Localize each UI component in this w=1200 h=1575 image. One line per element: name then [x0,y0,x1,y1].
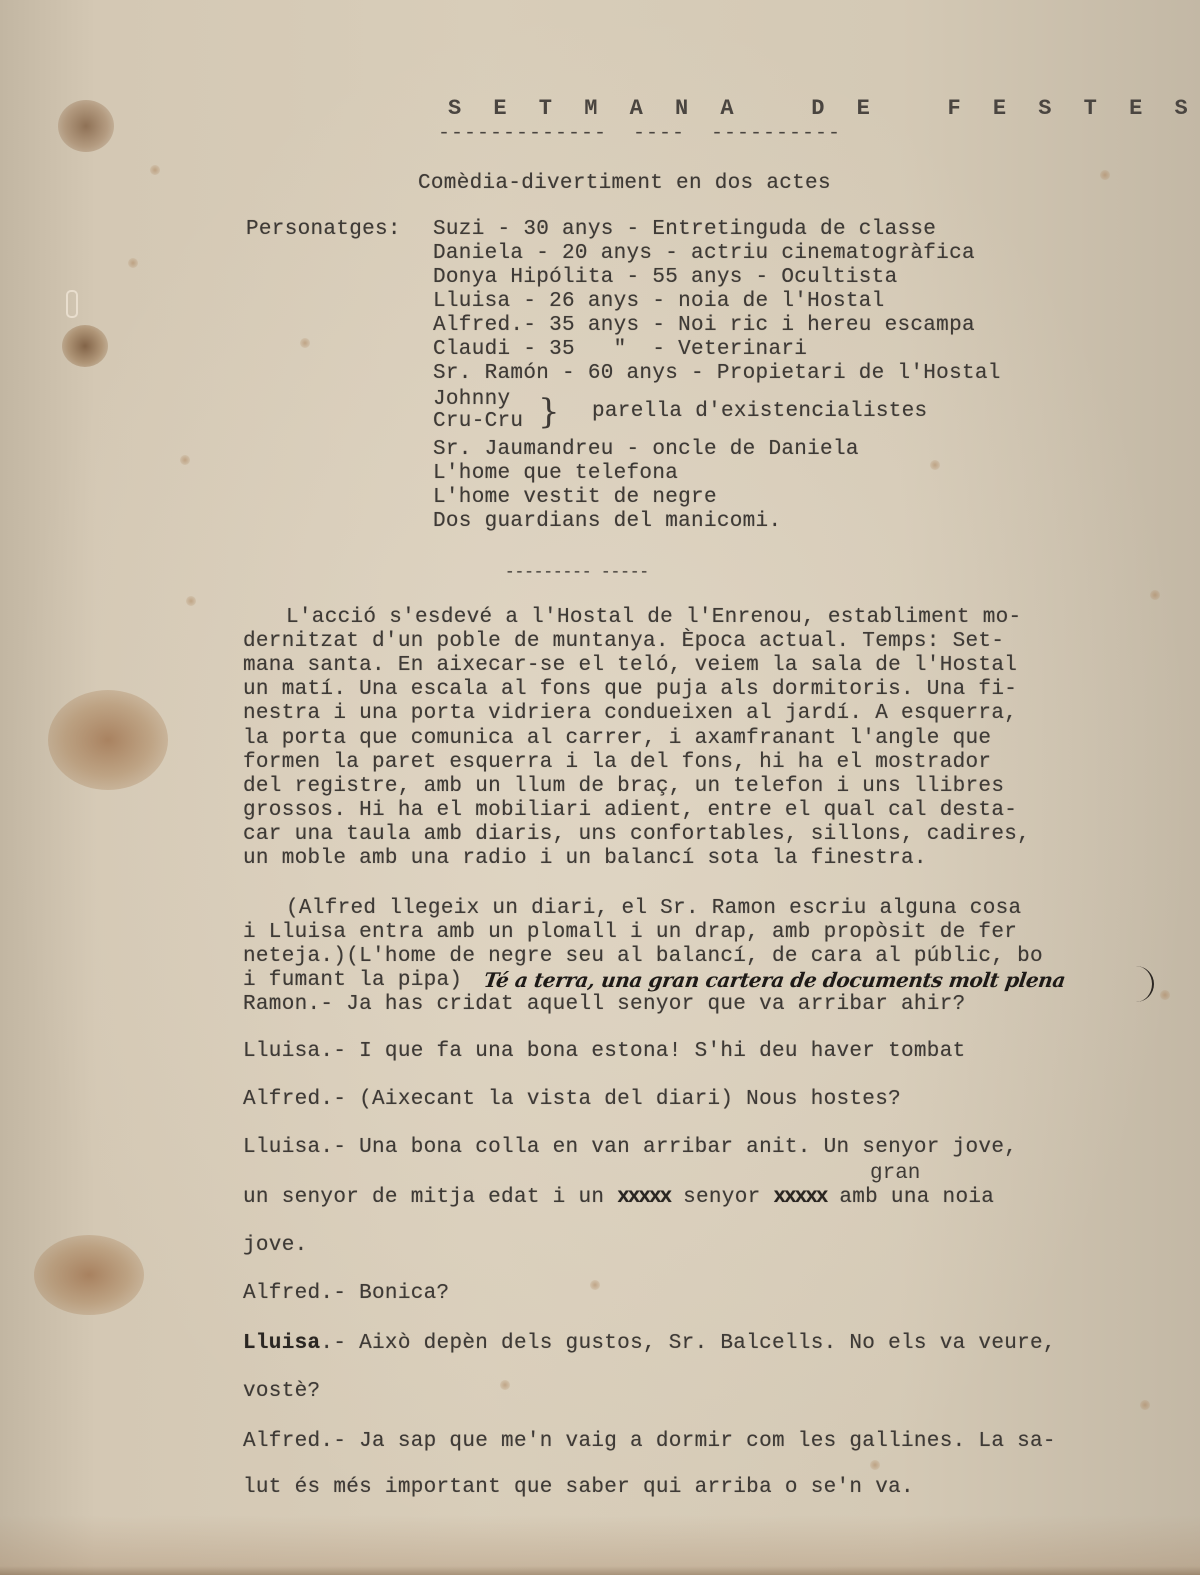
dialogue-line: Alfred.- Ja sap que me'n vaig a dormir c… [243,1430,1056,1454]
foxing-spot [1160,990,1170,1000]
foxing-spot [500,1380,510,1390]
handwritten-annotation: Té a terra, una gran cartera de document… [482,968,1066,992]
stage-direction-line: del registre, amb un llum de braç, un te… [243,775,1004,799]
stain-lower-left [34,1235,144,1315]
cast-item: Claudi - 35 " - Veterinari [433,338,807,362]
cast-item: Daniela - 20 anys - actriu cinematogràfi… [433,242,975,266]
typewritten-page: S E T M A N A D E F E S T E S ----------… [0,0,1200,1575]
stain-mid-left [48,690,168,790]
play-title: S E T M A N A D E F E S T E S [448,96,1197,121]
dialogue-line: jove. [243,1234,308,1258]
stain-top-left [58,100,114,152]
foxing-spot [930,460,940,470]
section-separator: --------- ----- [505,560,649,584]
cast-item: Donya Hipólita - 55 anys - Ocultista [433,266,897,290]
title-underline: ------------- ---- ---------- [438,122,841,145]
dialogue-line: vostè? [243,1380,320,1404]
stage-direction-line: mana santa. En aixecar-se el teló, veiem… [243,654,1017,678]
cast-item: Dos guardians del manicomi. [433,510,781,534]
stage-direction-line: nestra i una porta vidriera condueixen a… [243,702,1017,726]
dialogue-text: .- Això depèn dels gustos, Sr. Balcells.… [320,1332,1055,1355]
cast-item: Suzi - 30 anys - Entretinguda de classe [433,218,936,242]
foxing-spot [1100,170,1110,180]
struck-out-word: xxxxx [617,1186,670,1209]
cast-item: Sr. Ramón - 60 anys - Propietari de l'Ho… [433,362,1001,386]
foxing-spot [1150,590,1160,600]
foxing-spot [186,596,196,606]
action-note-line: i Lluisa entra amb un plomall i un drap,… [243,921,1017,945]
handwritten-paren [1090,966,1154,1002]
stage-direction-line: formen la paret esquerra i la del fons, … [243,751,991,775]
pair-brace: } [538,392,560,432]
dialogue-line: Alfred.- (Aixecant la vista del diari) N… [243,1088,901,1112]
dialogue-line: Alfred.- Bonica? [243,1282,449,1306]
action-note-line: (Alfred llegeix un diari, el Sr. Ramon e… [286,897,1021,921]
stage-direction-line: un matí. Una escala al fons que puja als… [243,678,1017,702]
stain-rust-clip [62,325,108,367]
struck-out-word: xxxxx [773,1186,826,1209]
cast-item: Alfred.- 35 anys - Noi ric i hereu escam… [433,314,975,338]
foxing-spot [590,1280,600,1290]
cast-item: Lluisa - 26 anys - noia de l'Hostal [433,290,885,314]
dialogue-line: Lluisa.- Això depèn dels gustos, Sr. Bal… [243,1332,1056,1356]
cast-item: Sr. Jaumandreu - oncle de Daniela [433,438,859,462]
dialogue-line: Lluisa.- Una bona colla en van arribar a… [243,1136,1017,1160]
dialogue-text: senyor [670,1186,773,1209]
speaker-overtyped: Lluisa [243,1332,320,1355]
typed-insertion: gran [870,1162,920,1185]
dialogue-line: Lluisa.- I que fa una bona estona! S'hi … [243,1040,966,1064]
cast-item: L'home vestit de negre [433,486,717,510]
dialogue-line: un senyor de mitja edat i un xxxxx senyo… [243,1186,994,1210]
cast-item: Cru-Cru [433,410,523,434]
dialogue-line: Ramon.- Ja has cridat aquell senyor que … [243,993,966,1017]
foxing-spot [870,1460,880,1470]
dialogue-line: lut és més important que saber qui arrib… [243,1476,914,1500]
stage-direction-line: car una taula amb diaris, uns confortabl… [243,823,1030,847]
cast-label: Personatges: [246,218,401,242]
pair-description: parella d'existencialistes [592,400,927,424]
stage-direction-line: un moble amb una radio i un balancí sota… [243,847,927,871]
cast-item: L'home que telefona [433,462,678,486]
foxing-spot [1140,1400,1150,1410]
foxing-spot [128,258,138,268]
cast-item: Johnny [433,388,510,412]
dialogue-text: amb una noia [826,1186,994,1209]
foxing-spot [300,338,310,348]
foxing-spot [150,165,160,175]
stage-direction-line: la porta que comunica al carrer, i axamf… [243,727,991,751]
action-note-line: neteja.)(L'home de negre seu al balancí,… [243,945,1043,969]
action-note-line: i fumant la pipa) [243,969,462,993]
foxing-spot [180,455,190,465]
stage-direction-line: grossos. Hi ha el mobiliari adient, entr… [243,799,1017,823]
dialogue-text: un senyor de mitja edat i un [243,1186,617,1209]
paperclip-mark [66,290,78,318]
stage-direction-line: L'acció s'esdevé a l'Hostal de l'Enrenou… [286,606,1021,630]
play-subtitle: Comèdia-divertiment en dos actes [418,172,831,196]
stage-direction-line: dernitzat d'un poble de muntanya. Època … [243,630,1004,654]
